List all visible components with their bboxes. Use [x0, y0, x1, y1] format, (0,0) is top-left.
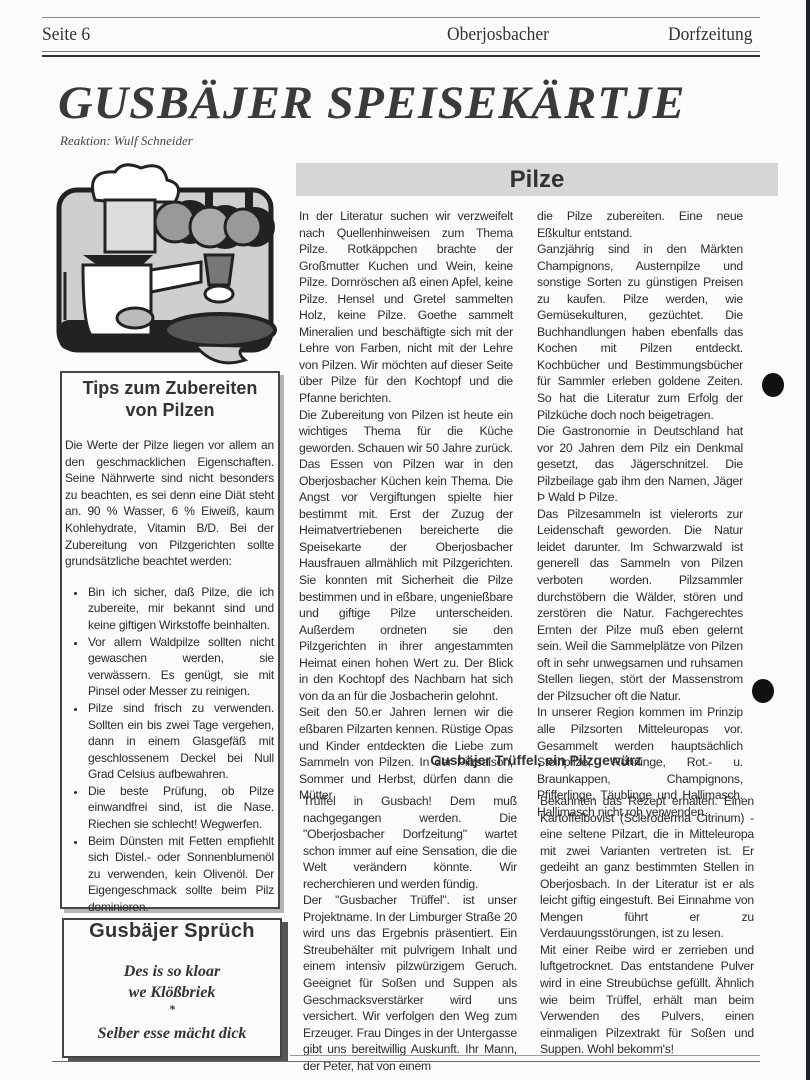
byline: Reaktion: Wulf Schneider	[60, 133, 193, 149]
header-rule-top	[42, 17, 760, 18]
tips-box: Tips zum Zubereiten von Pilzen Die Werte…	[60, 371, 280, 909]
tips-intro: Die Werte der Pilze liegen vor allem an …	[65, 437, 274, 570]
paragraph: Trüffel in Gusbach! Dem muß nachgegangen…	[303, 793, 517, 892]
punch-hole-icon	[752, 679, 774, 703]
article-heading: Pilze	[510, 166, 565, 194]
tips-title: Tips zum Zubereiten von Pilzen	[62, 377, 278, 421]
tips-list-item: Vor allem Waldpilze sollten nicht gewasc…	[86, 634, 274, 700]
paragraph: In der Literatur suchen wir verzweifelt …	[299, 208, 513, 407]
section-heading-trueffel: Gusbäjer Trüffel, ein Pilzgewürz	[296, 752, 776, 768]
paragraph: Die Gastronomie in Deutschland hat vor 2…	[537, 423, 743, 506]
pilze-column-2: die Pilze zubereiten. Eine neue Eßkultur…	[537, 208, 743, 820]
paragraph: Die Zubereitung von Pilzen ist heute ein…	[299, 407, 513, 705]
tips-list-item: Bin ich sicher, daß Pilze, die ich zuber…	[86, 584, 274, 634]
paragraph: Ganzjährig sind in den Märkten Champigno…	[537, 241, 743, 423]
tips-title-line1: Tips zum Zubereiten	[83, 378, 258, 398]
chef-illustration	[55, 160, 283, 370]
paragraph: Bekannten das Rezept erhalten. Einen Kar…	[540, 793, 754, 942]
spruch-line-3: Selber esse mächt dick	[64, 1023, 280, 1044]
article-heading-bar: Pilze	[296, 163, 778, 196]
tips-list-item: Die beste Prüfung, ob Pilze einwandfrei …	[86, 783, 274, 833]
trueffel-column-1: Trüffel in Gusbach! Dem muß nachgegangen…	[303, 793, 517, 1074]
footer-rule-bottom	[52, 1061, 760, 1062]
trueffel-column-2: Bekannten das Rezept erhalten. Einen Kar…	[540, 793, 754, 1058]
chef-cooking-icon	[55, 160, 283, 370]
header-rule-thin	[42, 51, 760, 52]
page-edge-shadow	[806, 0, 810, 1080]
spruch-box: Gusbäjer Sprüch Des is so kloar we Klößb…	[62, 918, 282, 1058]
paragraph: Der "Gusbacher Trüffel". ist unser Proje…	[303, 892, 517, 1074]
footer-rule-top	[290, 1055, 760, 1056]
spruch-line-2: we Klößbriek	[64, 982, 280, 1003]
tips-list: Bin ich sicher, daß Pilze, die ich zuber…	[62, 584, 274, 916]
spruch-separator: *	[64, 1003, 280, 1015]
page-title: GUSBÄJER SPEISEKÄRTJE	[58, 76, 752, 130]
paragraph: Mit einer Reibe wird er zerrieben und lu…	[540, 942, 754, 1058]
page-number: Seite 6	[42, 24, 90, 46]
spruch-title: Gusbäjer Sprüch	[64, 920, 280, 943]
tips-list-item: Pilze sind frisch zu verwenden. Sollten …	[86, 700, 274, 783]
header-rule-thick	[42, 55, 760, 57]
punch-hole-icon	[762, 373, 784, 397]
paper-name-left: Oberjosbacher	[447, 24, 549, 46]
spruch-line-1: Des is so kloar	[64, 961, 280, 982]
paragraph: die Pilze zubereiten. Eine neue Eßkultur…	[537, 208, 743, 241]
paper-name-right: Dorfzeitung	[668, 24, 752, 46]
tips-list-item: Beim Dünsten mit Fetten empfiehlt sich D…	[86, 833, 274, 916]
tips-title-line2: von Pilzen	[125, 400, 214, 420]
pilze-column-1: In der Literatur suchen wir verzweifelt …	[299, 208, 513, 804]
paragraph: Das Pilzesammeln ist vielerorts zur Leid…	[537, 506, 743, 705]
